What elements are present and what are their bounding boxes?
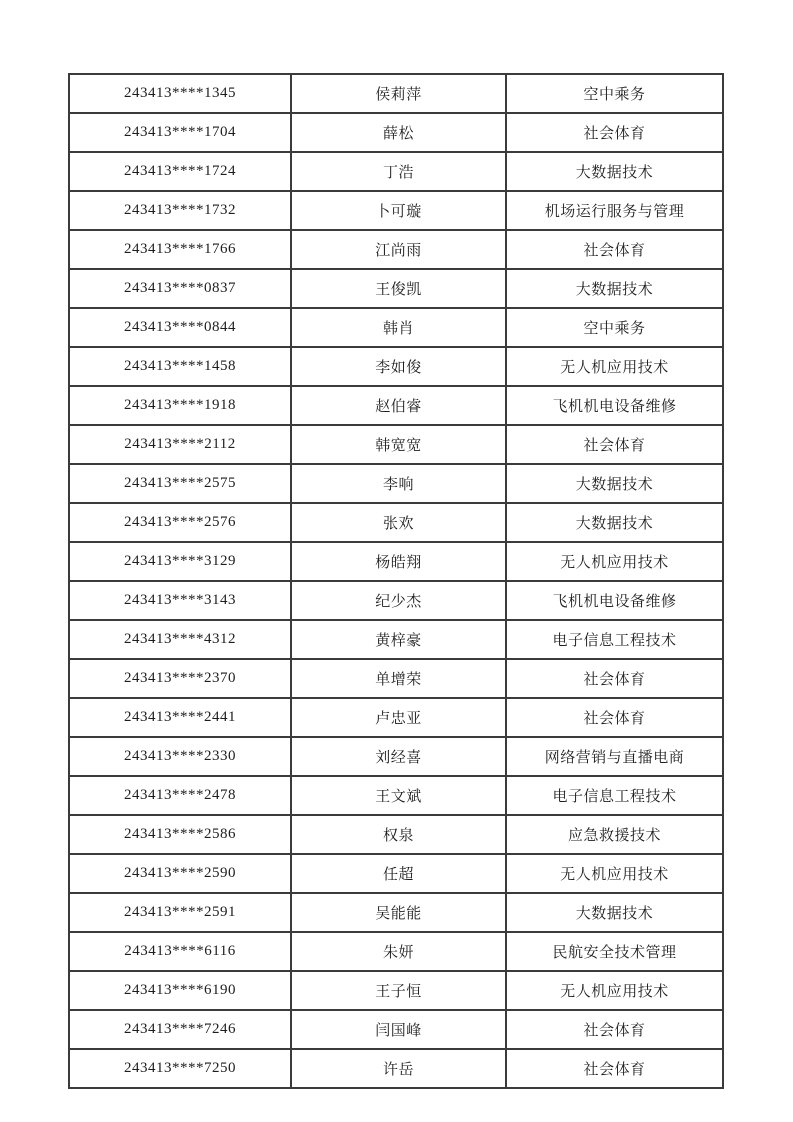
name-cell: 赵伯睿 [291,386,506,425]
exam-id-cell: 243413****3129 [69,542,291,581]
exam-id-cell: 243413****2330 [69,737,291,776]
major-cell: 无人机应用技术 [506,542,723,581]
name-cell: 黄梓豪 [291,620,506,659]
major-cell: 电子信息工程技术 [506,620,723,659]
table-row: 243413****2576张欢大数据技术 [69,503,723,542]
name-cell: 卢忠亚 [291,698,506,737]
name-cell: 纪少杰 [291,581,506,620]
exam-id-cell: 243413****1345 [69,74,291,113]
table-row: 243413****0844韩肖空中乘务 [69,308,723,347]
exam-id-cell: 243413****6190 [69,971,291,1010]
major-cell: 大数据技术 [506,464,723,503]
name-cell: 李响 [291,464,506,503]
exam-id-cell: 243413****7246 [69,1010,291,1049]
exam-id-cell: 243413****2576 [69,503,291,542]
major-cell: 民航安全技术管理 [506,932,723,971]
exam-id-cell: 243413****2586 [69,815,291,854]
table-row: 243413****2575李响大数据技术 [69,464,723,503]
exam-id-cell: 243413****4312 [69,620,291,659]
exam-id-cell: 243413****1732 [69,191,291,230]
exam-id-cell: 243413****2575 [69,464,291,503]
exam-id-cell: 243413****0844 [69,308,291,347]
table-row: 243413****1918赵伯睿飞机机电设备维修 [69,386,723,425]
name-cell: 韩宽宽 [291,425,506,464]
name-cell: 张欢 [291,503,506,542]
table-row: 243413****1345侯莉萍空中乘务 [69,74,723,113]
table-row: 243413****7250许岳社会体育 [69,1049,723,1088]
table-row: 243413****2590任超无人机应用技术 [69,854,723,893]
exam-id-cell: 243413****2590 [69,854,291,893]
major-cell: 社会体育 [506,425,723,464]
name-cell: 刘经喜 [291,737,506,776]
exam-id-cell: 243413****2591 [69,893,291,932]
exam-id-cell: 243413****1918 [69,386,291,425]
name-cell: 单增荣 [291,659,506,698]
name-cell: 韩肖 [291,308,506,347]
name-cell: 李如俊 [291,347,506,386]
major-cell: 无人机应用技术 [506,971,723,1010]
major-cell: 社会体育 [506,698,723,737]
exam-id-cell: 243413****6116 [69,932,291,971]
major-cell: 社会体育 [506,230,723,269]
name-cell: 王子恒 [291,971,506,1010]
exam-id-cell: 243413****7250 [69,1049,291,1088]
table-row: 243413****2591吴能能大数据技术 [69,893,723,932]
major-cell: 机场运行服务与管理 [506,191,723,230]
exam-id-cell: 243413****1458 [69,347,291,386]
exam-id-cell: 243413****1724 [69,152,291,191]
major-cell: 社会体育 [506,659,723,698]
major-cell: 大数据技术 [506,269,723,308]
table-row: 243413****1704薛松社会体育 [69,113,723,152]
major-cell: 大数据技术 [506,503,723,542]
exam-id-cell: 243413****1766 [69,230,291,269]
name-cell: 闫国峰 [291,1010,506,1049]
name-cell: 朱妍 [291,932,506,971]
name-cell: 江尚雨 [291,230,506,269]
major-cell: 大数据技术 [506,152,723,191]
name-cell: 杨皓翔 [291,542,506,581]
exam-id-cell: 243413****2478 [69,776,291,815]
table-row: 243413****0837王俊凯大数据技术 [69,269,723,308]
name-cell: 王文斌 [291,776,506,815]
major-cell: 社会体育 [506,1049,723,1088]
table-row: 243413****3143纪少杰飞机机电设备维修 [69,581,723,620]
major-cell: 飞机机电设备维修 [506,581,723,620]
exam-id-cell: 243413****3143 [69,581,291,620]
table-row: 243413****2586权泉应急救援技术 [69,815,723,854]
name-cell: 卜可璇 [291,191,506,230]
exam-id-cell: 243413****1704 [69,113,291,152]
major-cell: 社会体育 [506,113,723,152]
major-cell: 空中乘务 [506,74,723,113]
major-cell: 社会体育 [506,1010,723,1049]
table-row: 243413****2441卢忠亚社会体育 [69,698,723,737]
name-cell: 丁浩 [291,152,506,191]
table-row: 243413****6190王子恒无人机应用技术 [69,971,723,1010]
student-roster-table: 243413****1345侯莉萍空中乘务243413****1704薛松社会体… [68,73,724,1089]
table-row: 243413****1766江尚雨社会体育 [69,230,723,269]
major-cell: 飞机机电设备维修 [506,386,723,425]
table-row: 243413****2478王文斌电子信息工程技术 [69,776,723,815]
table-row: 243413****3129杨皓翔无人机应用技术 [69,542,723,581]
name-cell: 权泉 [291,815,506,854]
name-cell: 侯莉萍 [291,74,506,113]
table-row: 243413****2112韩宽宽社会体育 [69,425,723,464]
roster-table-body: 243413****1345侯莉萍空中乘务243413****1704薛松社会体… [69,74,723,1088]
exam-id-cell: 243413****0837 [69,269,291,308]
table-row: 243413****2370单增荣社会体育 [69,659,723,698]
major-cell: 无人机应用技术 [506,347,723,386]
exam-id-cell: 243413****2112 [69,425,291,464]
table-row: 243413****1458李如俊无人机应用技术 [69,347,723,386]
major-cell: 电子信息工程技术 [506,776,723,815]
major-cell: 大数据技术 [506,893,723,932]
major-cell: 空中乘务 [506,308,723,347]
table-row: 243413****6116朱妍民航安全技术管理 [69,932,723,971]
table-row: 243413****1732卜可璇机场运行服务与管理 [69,191,723,230]
major-cell: 应急救援技术 [506,815,723,854]
table-row: 243413****4312黄梓豪电子信息工程技术 [69,620,723,659]
name-cell: 许岳 [291,1049,506,1088]
table-row: 243413****1724丁浩大数据技术 [69,152,723,191]
major-cell: 网络营销与直播电商 [506,737,723,776]
name-cell: 薛松 [291,113,506,152]
document-page: 243413****1345侯莉萍空中乘务243413****1704薛松社会体… [0,0,793,1122]
major-cell: 无人机应用技术 [506,854,723,893]
exam-id-cell: 243413****2370 [69,659,291,698]
name-cell: 吴能能 [291,893,506,932]
name-cell: 任超 [291,854,506,893]
table-row: 243413****2330刘经喜网络营销与直播电商 [69,737,723,776]
name-cell: 王俊凯 [291,269,506,308]
exam-id-cell: 243413****2441 [69,698,291,737]
table-row: 243413****7246闫国峰社会体育 [69,1010,723,1049]
